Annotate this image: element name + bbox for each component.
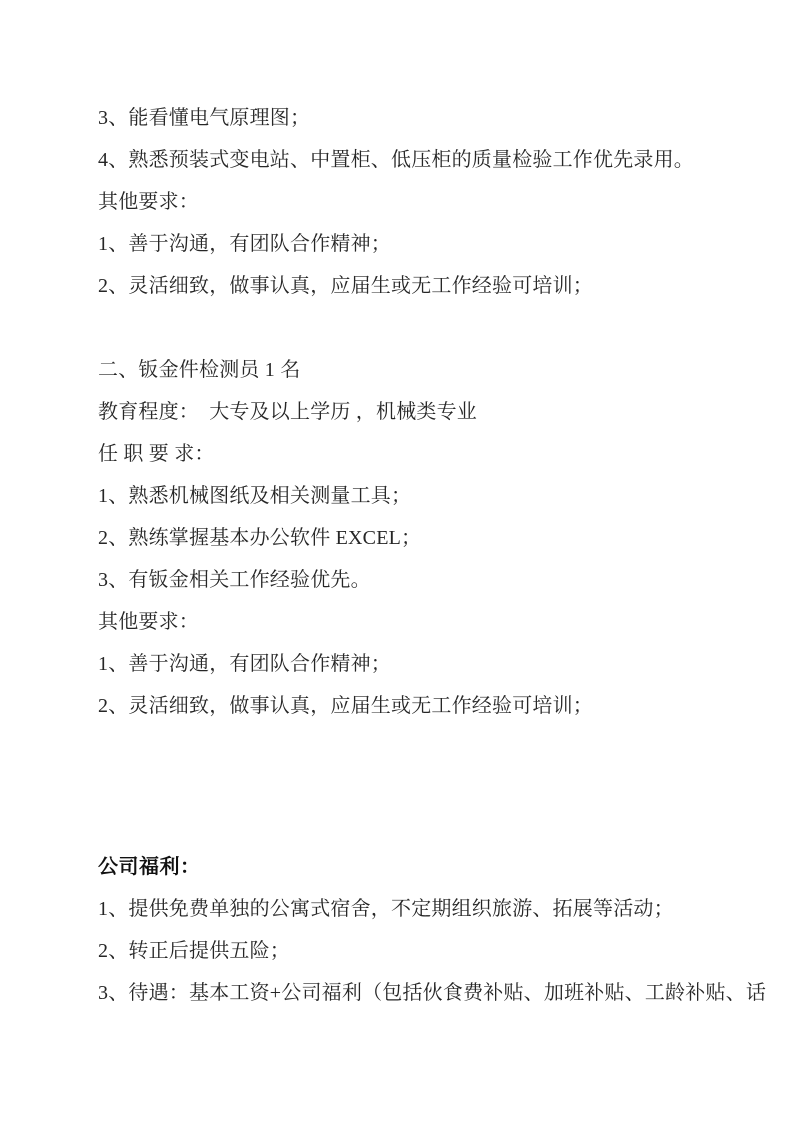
paragraph-line: 1、提供免费单独的公寓式宿舍，不定期组织旅游、拓展等活动；	[98, 888, 753, 930]
paragraph-line: 教育程度： 大专及以上学历 ，机械类专业	[98, 391, 753, 433]
paragraph-line: 4、熟悉预装式变电站、中置柜、低压柜的质量检验工作优先录用。	[98, 139, 753, 181]
paragraph-line: 二、钣金件检测员 1 名	[98, 349, 753, 391]
paragraph-line: 3、待遇：基本工资+公司福利（包括伙食费补贴、加班补贴、工龄补贴、话	[98, 972, 753, 1014]
document-page: 3、能看懂电气原理图；4、熟悉预装式变电站、中置柜、低压柜的质量检验工作优先录用…	[0, 0, 793, 1122]
paragraph-line: 3、能看懂电气原理图；	[98, 97, 753, 139]
paragraph-line: 其他要求：	[98, 601, 753, 643]
document-body: 3、能看懂电气原理图；4、熟悉预装式变电站、中置柜、低压柜的质量检验工作优先录用…	[98, 97, 753, 1014]
paragraph-line: 1、熟悉机械图纸及相关测量工具；	[98, 475, 753, 517]
paragraph-line: 3、有钣金相关工作经验优先。	[98, 559, 753, 601]
paragraph-line: 2、灵活细致，做事认真，应届生或无工作经验可培训；	[98, 685, 753, 727]
paragraph-line: 2、灵活细致，做事认真，应届生或无工作经验可培训；	[98, 265, 753, 307]
section-heading: 公司福利：	[98, 846, 753, 888]
paragraph-line: 1、善于沟通，有团队合作精神；	[98, 643, 753, 685]
paragraph-line: 2、转正后提供五险；	[98, 930, 753, 972]
paragraph-line: 任 职 要 求：	[98, 433, 753, 475]
paragraph-line: 1、善于沟通，有团队合作精神；	[98, 223, 753, 265]
paragraph-line: 2、熟练掌握基本办公软件 EXCEL；	[98, 517, 753, 559]
paragraph-line: 其他要求：	[98, 181, 753, 223]
